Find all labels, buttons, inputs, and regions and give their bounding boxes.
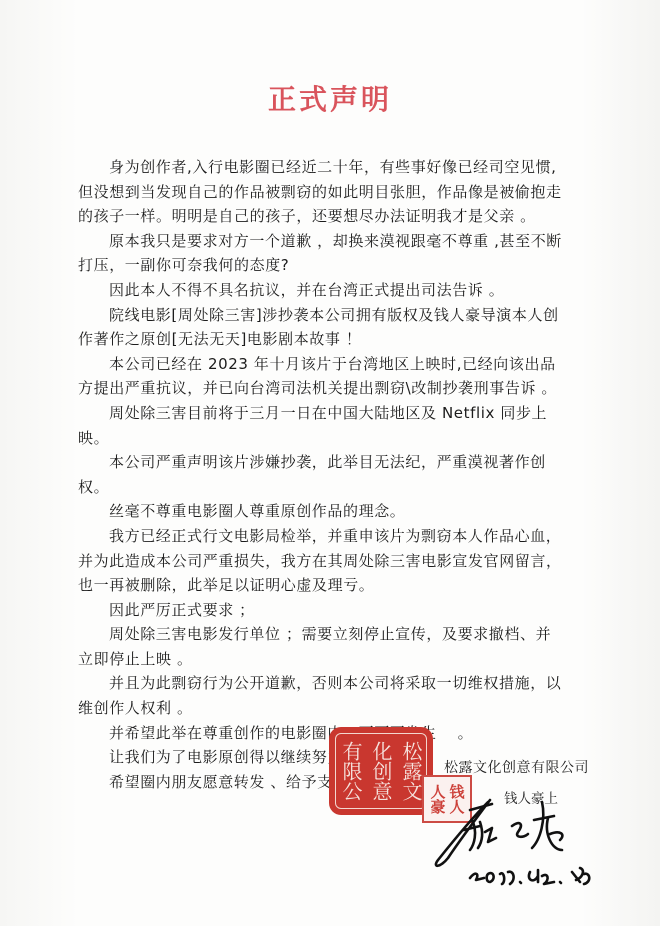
paragraph: 院线电影[周处除三害]涉抄袭本公司拥有版权及钱人豪导演本人创作著作之原创[无法无… xyxy=(78,303,564,352)
paragraph: 周处除三害目前将于三月一日在中国大陆地区及 Netflix 同步上映。 xyxy=(78,401,564,450)
seal-column: 松露文 xyxy=(399,741,423,801)
seal-column: 有限公 xyxy=(339,741,363,801)
company-seal-icon: 松露文 化创意 有限公 xyxy=(329,727,433,815)
document-page: 正式声明 身为创作者,入行电影圈已经近二十年，有些事好像已经司空见惯,但没想到当… xyxy=(0,0,660,926)
paragraph: 身为创作者,入行电影圈已经近二十年，有些事好像已经司空见惯,但没想到当发现自己的… xyxy=(78,155,564,229)
statement-body: 身为创作者,入行电影圈已经近二十年，有些事好像已经司空见惯,但没想到当发现自己的… xyxy=(78,155,564,794)
seal-column: 化创意 xyxy=(369,741,393,801)
paragraph: 并希望此举在尊重创作的电影圈内，不要再发生 。 xyxy=(78,721,564,746)
paragraph: 本公司严重声明该片涉嫌抄袭，此举目无法纪，严重漠视著作创权。 xyxy=(78,450,564,499)
paragraph: 原本我只是要求对方一个道歉 ，却换来漠视跟毫不尊重 ,甚至不断打压，一副你可奈我… xyxy=(78,229,564,278)
paragraph: 本公司已经在 2023 年十月该片于台湾地区上映时,已经向该出品方提出严重抗议，… xyxy=(78,352,564,401)
handwritten-signature-icon xyxy=(430,790,630,900)
paragraph: 因此严厉正式要求 ； xyxy=(78,598,564,623)
paragraph: 并且为此剽窃行为公开道歉，否则本公司将采取一切维权措施，以维创作人权利 。 xyxy=(78,671,564,720)
paragraph: 我方已经正式行文电影局检举，并重申该片为剽窃本人作品心血，并为此造成本公司严重损… xyxy=(78,524,564,598)
company-name: 松露文化创意有限公司 xyxy=(444,757,589,777)
paragraph: 丝毫不尊重电影圈人尊重原创作品的理念。 xyxy=(78,499,564,524)
document-title: 正式声明 xyxy=(0,78,660,118)
paragraph: 因此本人不得不具名抗议，并在台湾正式提出司法告诉 。 xyxy=(78,278,564,303)
paragraph: 周处除三害电影发行单位 ；需要立刻停止宣传，及要求撤档、并立即停止上映 。 xyxy=(78,622,564,671)
